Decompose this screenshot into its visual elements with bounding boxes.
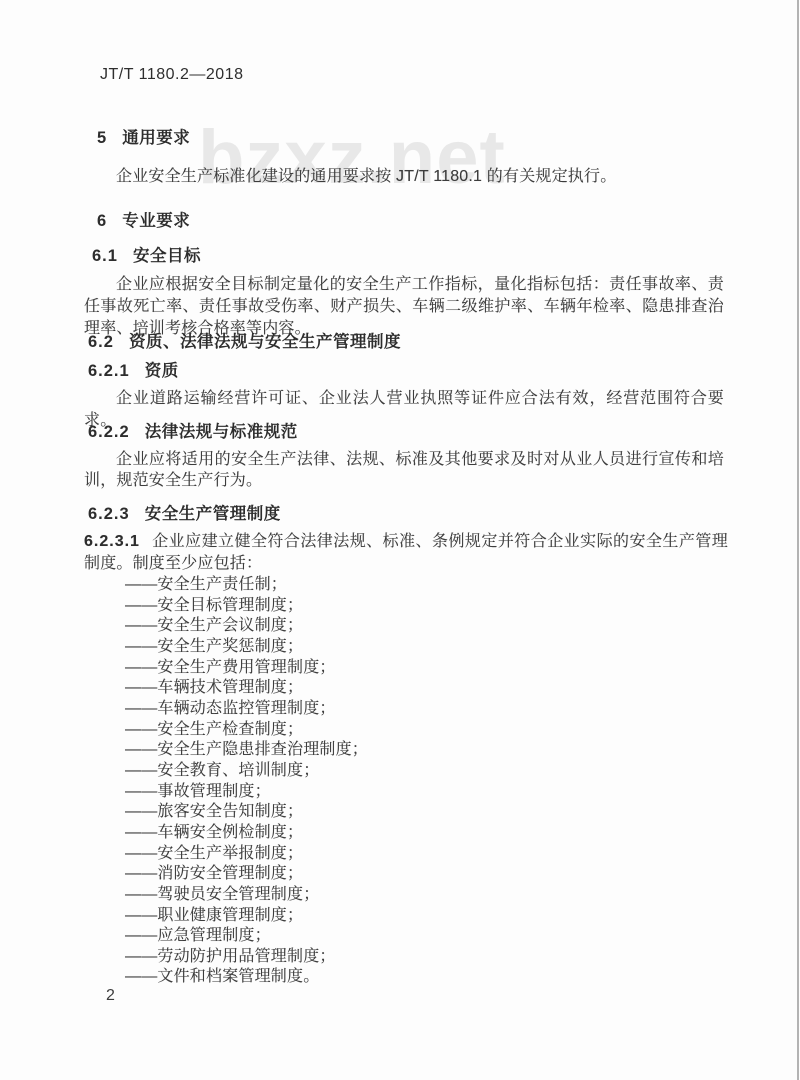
section-6-2-1-number: 6.2.1 bbox=[88, 362, 130, 381]
management-system-list-item: ——安全教育、培训制度； bbox=[125, 761, 368, 782]
section-6-heading: 6专业要求 bbox=[97, 207, 190, 231]
management-system-list-item: ——消防安全管理制度； bbox=[125, 864, 368, 885]
management-system-list-item: ——安全生产举报制度； bbox=[125, 844, 368, 865]
management-system-list-item: ——安全目标管理制度； bbox=[125, 596, 368, 617]
management-system-list-item: ——安全生产责任制； bbox=[125, 575, 368, 596]
management-system-list-item: ——劳动防护用品管理制度； bbox=[125, 947, 368, 968]
management-system-list-item: ——驾驶员安全管理制度； bbox=[125, 885, 368, 906]
document-page: bzxz.net JT/T 1180.2—2018 5通用要求 企业安全生产标准… bbox=[0, 0, 800, 1080]
section-6-2-3-title: 安全生产管理制度 bbox=[145, 505, 281, 523]
section-6-2-2-heading: 6.2.2法律法规与标准规范 bbox=[88, 418, 298, 442]
management-systems-list: ——安全生产责任制；——安全目标管理制度；——安全生产会议制度；——安全生产奖惩… bbox=[125, 575, 368, 988]
section-6-1-title: 安全目标 bbox=[133, 247, 201, 265]
management-system-list-item: ——车辆动态监控管理制度； bbox=[125, 699, 368, 720]
management-system-list-item: ——安全生产隐患排查治理制度； bbox=[125, 740, 368, 761]
section-6-2-1-title: 资质 bbox=[145, 362, 179, 380]
section-6-number: 6 bbox=[97, 212, 107, 231]
standard-number: JT/T 1180.2—2018 bbox=[100, 66, 244, 84]
page-content: JT/T 1180.2—2018 5通用要求 企业安全生产标准化建设的通用要求按… bbox=[0, 0, 800, 1080]
management-system-list-item: ——安全生产检查制度； bbox=[125, 720, 368, 741]
management-system-list-item: ——车辆安全例检制度； bbox=[125, 823, 368, 844]
clause-6-2-3-1-text: 企业应建立健全符合法律法规、标准、条例规定并符合企业实际的安全生产管理制度。制度… bbox=[84, 533, 728, 572]
section-5-title: 通用要求 bbox=[122, 129, 190, 147]
section-5-heading: 5通用要求 bbox=[97, 124, 190, 148]
clause-6-2-3-1: 6.2.3.1企业应建立健全符合法律法规、标准、条例规定并符合企业实际的安全生产… bbox=[84, 531, 728, 574]
management-system-list-item: ——车辆技术管理制度； bbox=[125, 678, 368, 699]
management-system-list-item: ——应急管理制度； bbox=[125, 926, 368, 947]
section-6-2-2-number: 6.2.2 bbox=[88, 423, 130, 442]
section-6-2-2-title: 法律法规与标准规范 bbox=[145, 423, 298, 441]
clause-6-2-3-1-number: 6.2.3.1 bbox=[84, 533, 140, 550]
general-requirements-paragraph: 企业安全生产标准化建设的通用要求按 JT/T 1180.1 的有关规定执行。 bbox=[84, 166, 724, 188]
section-6-1-heading: 6.1安全目标 bbox=[92, 242, 201, 266]
section-6-title: 专业要求 bbox=[122, 212, 190, 230]
management-system-list-item: ——安全生产费用管理制度； bbox=[125, 658, 368, 679]
management-system-list-item: ——事故管理制度； bbox=[125, 782, 368, 803]
management-system-list-item: ——旅客安全告知制度； bbox=[125, 802, 368, 823]
page-number: 2 bbox=[106, 987, 115, 1005]
management-system-list-item: ——职业健康管理制度； bbox=[125, 906, 368, 927]
management-system-list-item: ——文件和档案管理制度。 bbox=[125, 967, 368, 988]
section-6-2-3-number: 6.2.3 bbox=[88, 505, 130, 524]
laws-regulations-paragraph: 企业应将适用的安全生产法律、法规、标准及其他要求及时对从业人员进行宣传和培训，规… bbox=[84, 449, 724, 491]
section-6-2-1-heading: 6.2.1资质 bbox=[88, 357, 179, 381]
section-6-2-title: 资质、法律法规与安全生产管理制度 bbox=[129, 333, 401, 351]
section-6-1-number: 6.1 bbox=[92, 247, 118, 266]
management-system-list-item: ——安全生产会议制度； bbox=[125, 616, 368, 637]
section-6-2-number: 6.2 bbox=[88, 333, 114, 352]
section-6-2-heading: 6.2资质、法律法规与安全生产管理制度 bbox=[88, 328, 401, 352]
section-5-number: 5 bbox=[97, 129, 107, 148]
management-system-list-item: ——安全生产奖惩制度； bbox=[125, 637, 368, 658]
section-6-2-3-heading: 6.2.3安全生产管理制度 bbox=[88, 500, 281, 524]
